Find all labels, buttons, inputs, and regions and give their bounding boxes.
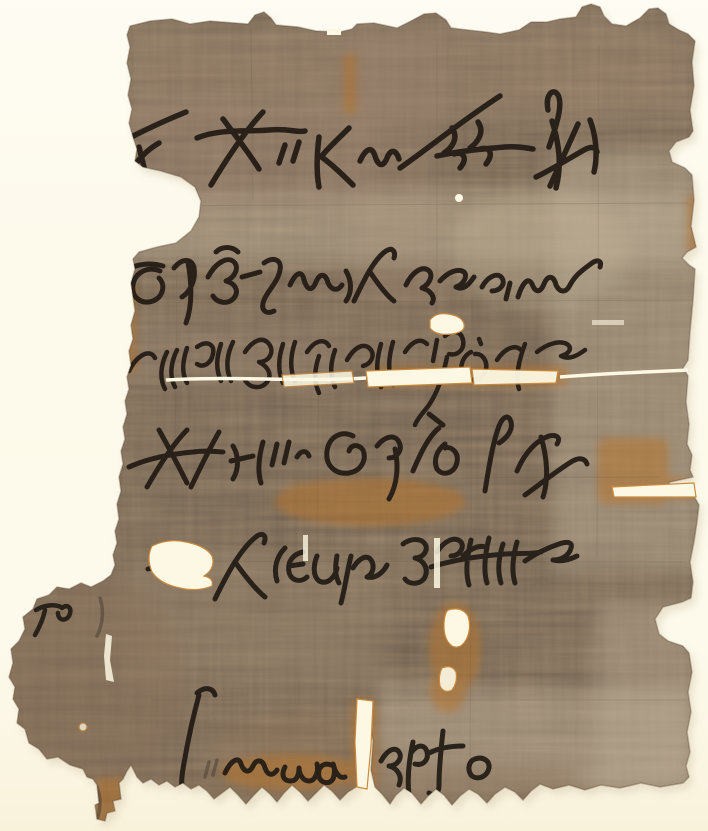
papyrus-photo: Ancient papyrus fragment with cursive in… <box>0 0 708 831</box>
stain-patch <box>344 54 356 114</box>
stain-patch <box>278 482 362 514</box>
top-edge-slit <box>327 29 341 35</box>
pin-hole <box>79 723 87 731</box>
worm-hole <box>444 609 470 647</box>
photo-stage: Ancient papyrus fragment with cursive in… <box>0 0 708 831</box>
crack-bright-segment <box>366 367 472 387</box>
crack-sliver <box>434 538 440 588</box>
crack-sliver <box>303 535 308 561</box>
pin-hole <box>455 194 463 202</box>
crack-bright-segment <box>472 369 558 385</box>
crack-sliver <box>592 320 624 325</box>
worm-hole <box>439 667 456 692</box>
